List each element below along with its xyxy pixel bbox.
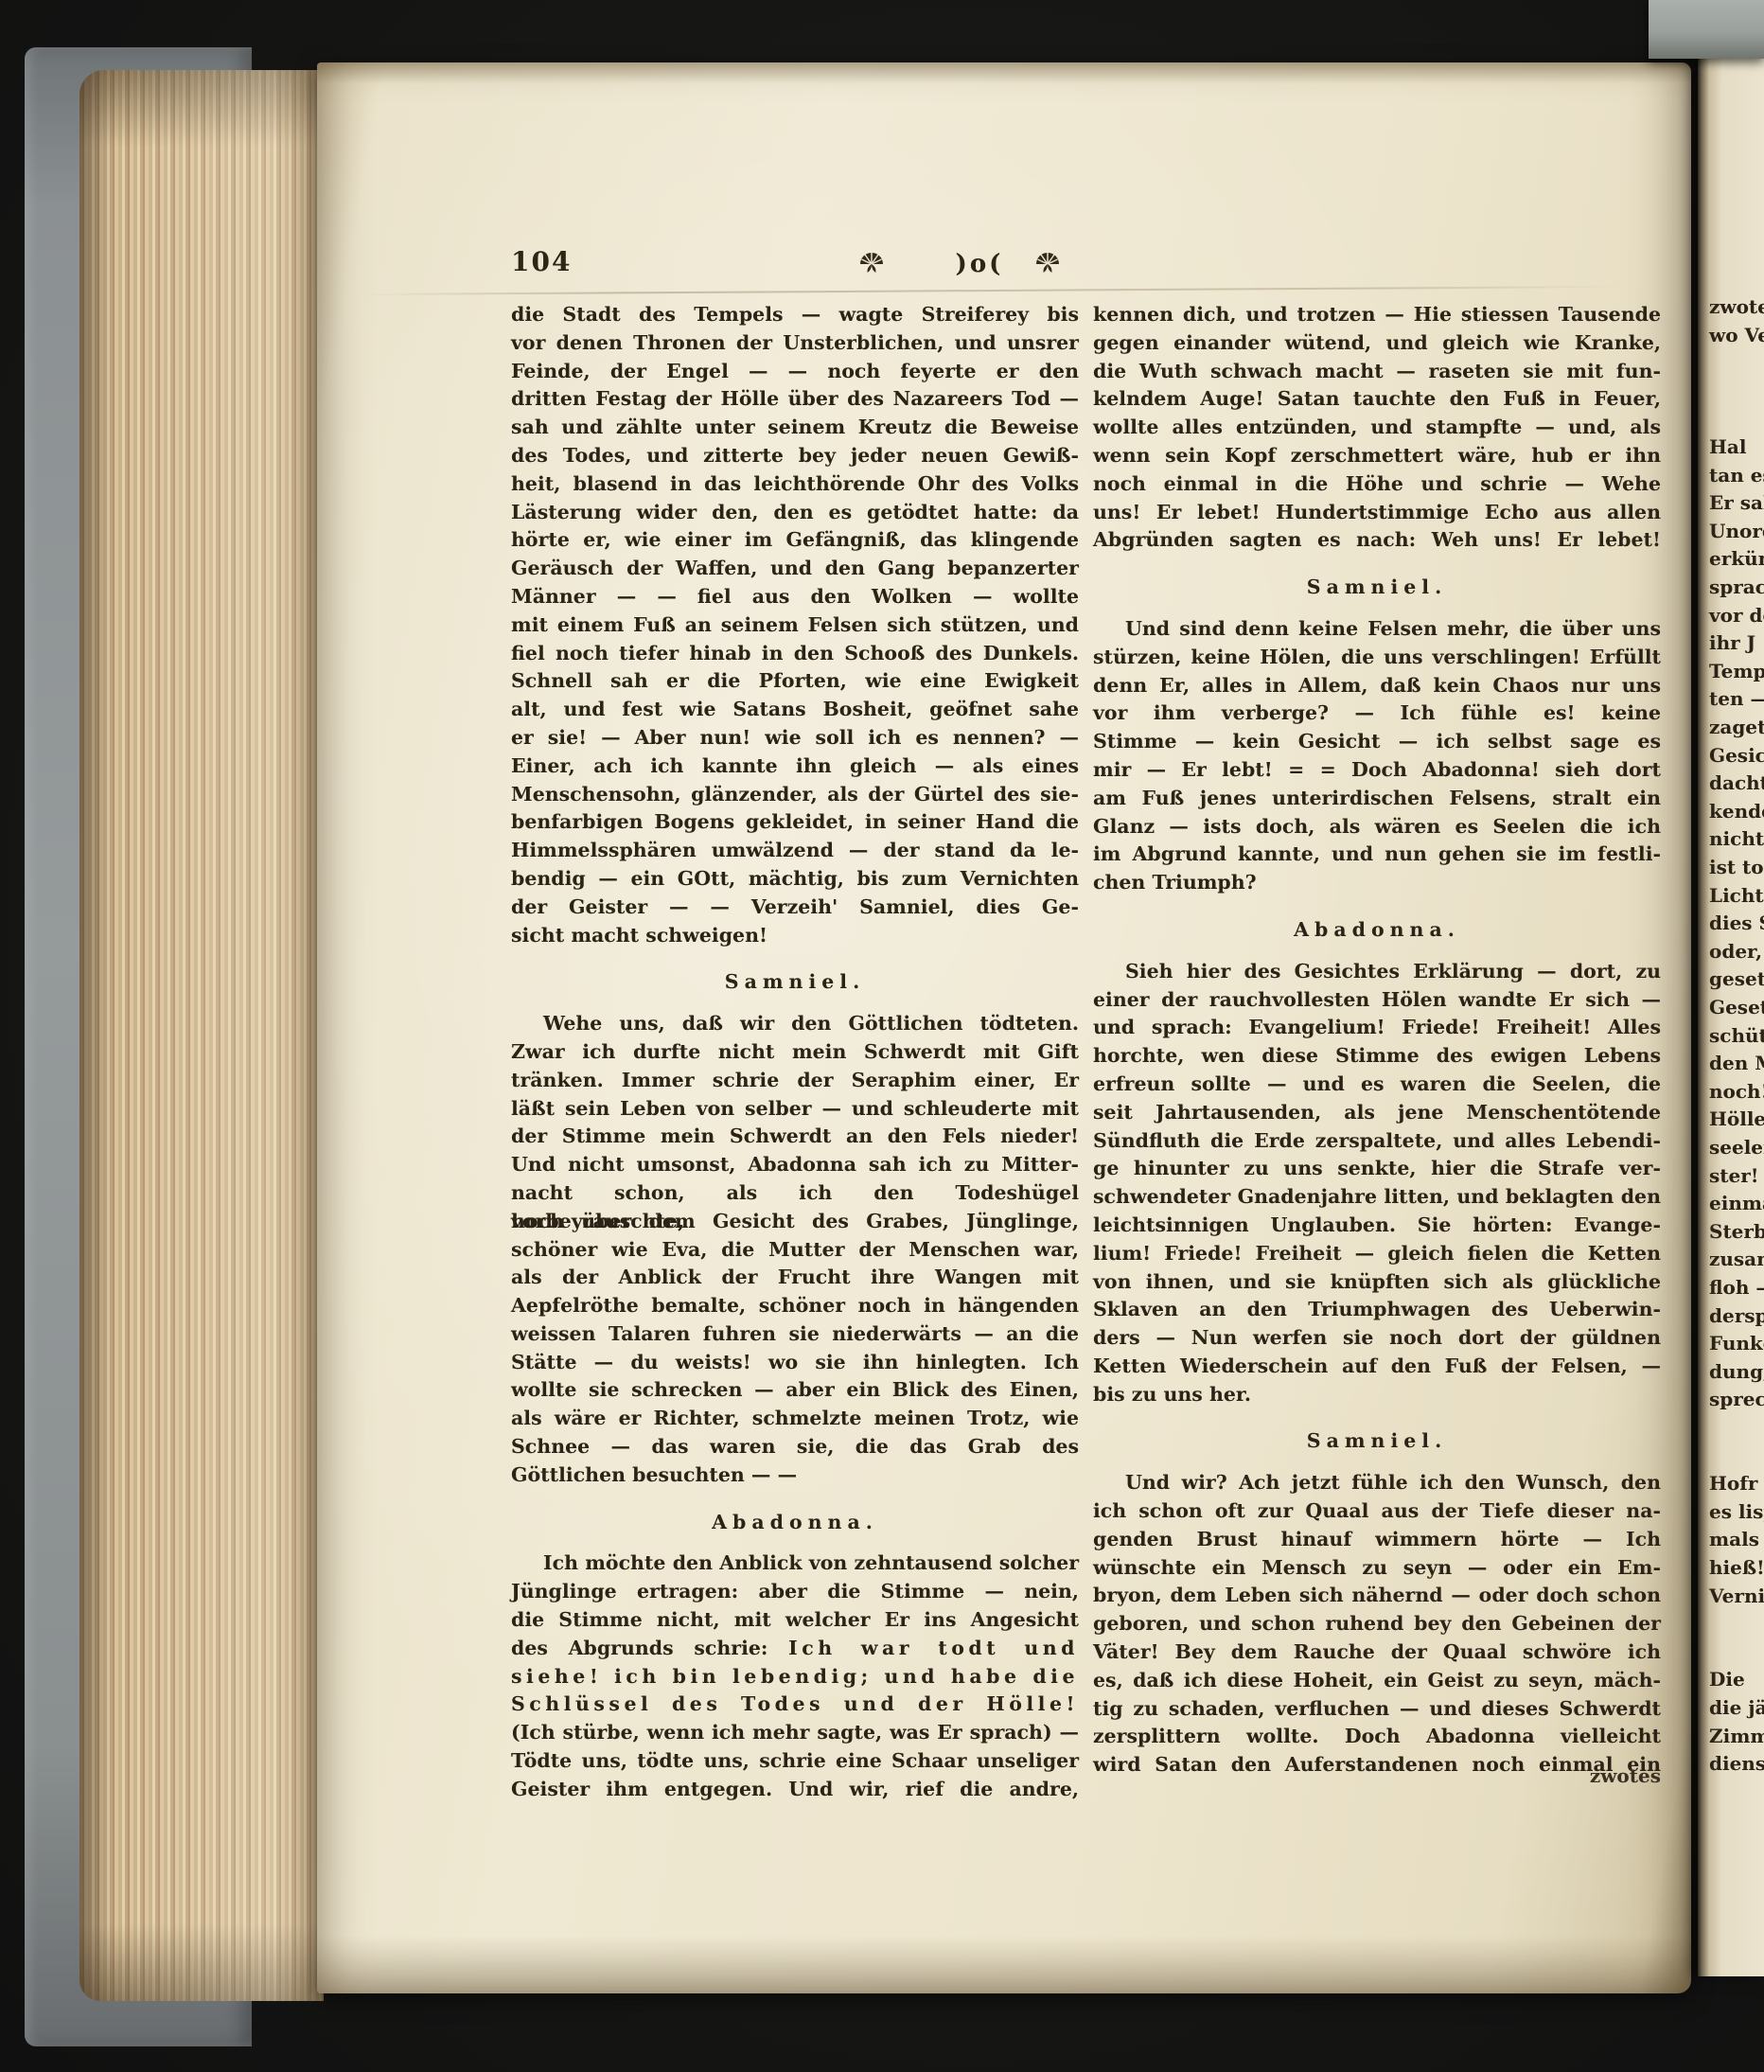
text-line: Väter! Bey dem Rauche der Quaal schwöre … — [1093, 1638, 1661, 1667]
text-line: alt, und fest wie Satans Bosheit, geöfne… — [511, 696, 1079, 724]
text-line: als der Anblick der Frucht ihre Wangen m… — [511, 1264, 1079, 1292]
text-line: Schlüssel des Todes und der Hölle! — [511, 1691, 1079, 1719]
text-line: Himmelssphären umwälzend — der stand da … — [511, 837, 1079, 865]
next-page-line: seelen — [1709, 1134, 1764, 1162]
next-page-sliver: zwoteswo VeHaltan esEr sahUnordnerkünsts… — [1698, 55, 1764, 1976]
next-page-line: ist tod — [1709, 854, 1764, 882]
next-page-line: erkünst — [1709, 545, 1764, 574]
next-page-line: Zimme — [1709, 1723, 1764, 1751]
text-line: hörte er, wie einer im Gefängniß, das kl… — [511, 526, 1079, 555]
text-line: Feinde, der Engel — — noch feyerte er de… — [511, 358, 1079, 386]
text-line: wenn sein Kopf zerschmettert wäre, hub e… — [1093, 442, 1661, 470]
shell-ornament-icon — [1032, 248, 1063, 278]
page-edges-stack — [79, 70, 324, 2001]
text-line: zersplittern wollte. Doch Abadonna viell… — [1093, 1723, 1661, 1751]
next-page-line: Tempe — [1709, 658, 1764, 686]
text-line: Sieh hier des Gesichtes Erklärung — dort… — [1093, 958, 1661, 986]
text-line: Sklaven an den Triumphwagen des Ueberwin… — [1093, 1296, 1661, 1324]
text-line: noch einmal in die Höhe und schrie — Weh… — [1093, 470, 1661, 499]
next-page-line: die jäh — [1709, 1694, 1764, 1723]
next-page-line: zaget? — [1709, 714, 1764, 742]
text-line: gegen einander wütend, und gleich wie Kr… — [1093, 329, 1661, 358]
next-page-line: es lisp — [1709, 1498, 1764, 1527]
text-line: vor denen Thronen der Unsterblichen, und… — [511, 329, 1079, 358]
next-page-line: Vernic — [1709, 1583, 1764, 1611]
next-page-line: einmal — [1709, 1190, 1764, 1218]
text-line: die Stadt des Tempels — wagte Streiferey… — [511, 301, 1079, 329]
speaker-heading: Abadonna. — [1093, 916, 1661, 945]
next-page-line: floh — — [1709, 1274, 1764, 1302]
next-page-line: gesetzt, — [1709, 965, 1764, 994]
text-line: Aepfelröthe bemalte, schöner noch in hän… — [511, 1292, 1079, 1320]
text-line: Tödte uns, tödte uns, schrie eine Schaar… — [511, 1747, 1079, 1776]
text-line: am Fuß jenes unterirdischen Felsens, str… — [1093, 785, 1661, 813]
next-page-line: Hal — [1709, 434, 1746, 462]
next-page-line: Sterbe — [1709, 1218, 1764, 1247]
next-page-line: Die — [1709, 1666, 1745, 1694]
next-page-line: dung, — [1709, 1358, 1764, 1387]
text-line: Jünglinge ertragen: aber die Stimme — ne… — [511, 1578, 1079, 1606]
next-page-line: ster! — [1709, 1162, 1759, 1191]
text-line: kelndem Auge! Satan tauchte den Fuß in F… — [1093, 385, 1661, 414]
next-page-line: sprach: — [1709, 574, 1764, 602]
text-line: wollte alles entzünden, und stampfte — u… — [1093, 414, 1661, 442]
speaker-heading: Samniel. — [511, 968, 1079, 997]
text-line: Göttlichen besuchten — — — [511, 1461, 1079, 1490]
text-line: Lästerung wider den, den es getödtet hat… — [511, 499, 1079, 527]
text-line: des Todes, und zitterte bey jeder neuen … — [511, 442, 1079, 470]
text-line: wünschte ein Mensch zu seyn — oder ein E… — [1093, 1554, 1661, 1583]
text-line: ge hinunter zu uns senkte, hier die Stra… — [1093, 1155, 1661, 1183]
text-line: Geister ihm entgegen. Und wir, rief die … — [511, 1776, 1079, 1804]
next-page-line: schütter — [1709, 1022, 1764, 1051]
text-line: Stimme — kein Gesicht — ich selbst sage … — [1093, 728, 1661, 756]
text-line: Einer, ach ich kannte ihn gleich — als e… — [511, 753, 1079, 781]
text-line: tig zu schaden, verfluchen — und dieses … — [1093, 1695, 1661, 1724]
text-line: benfarbigen Bogens gekleidet, in seiner … — [511, 808, 1079, 837]
text-line: Männer — — fiel aus den Wolken — wollte — [511, 583, 1079, 611]
text-line: (Ich stürbe, wenn ich mehr sagte, was Er… — [511, 1719, 1079, 1747]
next-page-line: Gesicht — [1709, 742, 1764, 770]
text-line: siehe! ich bin lebendig; und habe die — [511, 1663, 1079, 1691]
text-line: Zwar ich durfte nicht mein Schwerdt mit … — [511, 1038, 1079, 1067]
next-page-line: spreche — [1709, 1386, 1764, 1414]
next-page-line: Gesetzt — [1709, 994, 1764, 1022]
page-number: 104 — [511, 246, 572, 277]
text-line: mit einem Fuß an seinem Felsen sich stüt… — [511, 611, 1079, 640]
next-page-line: ihr J — [1709, 629, 1755, 658]
text-line: läßt sein Leben von selber — und schleud… — [511, 1095, 1079, 1124]
next-page-line: den M — [1709, 1050, 1764, 1078]
text-line: einer der rauchvollesten Hölen wandte Er… — [1093, 986, 1661, 1015]
speaker-heading: Abadonna. — [511, 1509, 1079, 1537]
paper-crease — [359, 286, 1623, 295]
next-page-line: ten — — [1709, 685, 1764, 714]
text-line: seit Jahrtausenden, als jene Menschentöt… — [1093, 1099, 1661, 1127]
text-line: mir — Er lebt! = = Doch Abadonna! sieh d… — [1093, 756, 1661, 785]
text-line: Und nicht umsonst, Abadonna sah ich zu M… — [511, 1151, 1079, 1179]
next-page-line: nicht n — [1709, 825, 1764, 854]
text-line: Stätte — du weists! wo sie ihn hinlegten… — [511, 1349, 1079, 1377]
text-line: bendig — ein GOtt, mächtig, bis zum Vern… — [511, 865, 1079, 894]
text-line: Menschensohn, glänzender, als der Gürtel… — [511, 781, 1079, 809]
text-line: geboren, und schon ruhend bey den Gebein… — [1093, 1610, 1661, 1638]
next-page-line: mals — — [1709, 1526, 1764, 1554]
text-line: der Geister — — Verzeih' Samniel, dies G… — [511, 894, 1079, 922]
text-line: Schnee — das waren sie, die das Grab des — [511, 1433, 1079, 1461]
next-page-line: Hofr — [1709, 1470, 1757, 1498]
text-line: die Wuth schwach macht — raseten sie mit… — [1093, 358, 1661, 386]
next-page-line: derspru — [1709, 1302, 1764, 1331]
text-line: die Stimme nicht, mit welcher Er ins Ang… — [511, 1606, 1079, 1635]
text-line: Und wir? Ach jetzt fühle ich den Wunsch,… — [1093, 1469, 1661, 1497]
text-line: heit, blasend in das leichthörende Ohr d… — [511, 470, 1079, 499]
text-line: im Abgrund kannte, und nun gehen sie im … — [1093, 841, 1661, 869]
text-line: chen Triumph? — [1093, 869, 1661, 897]
speaker-heading: Samniel. — [1093, 1427, 1661, 1456]
text-column-left: die Stadt des Tempels — wagte Streiferey… — [511, 301, 1079, 1804]
text-line: schöner wie Eva, die Mutter der Menschen… — [511, 1236, 1079, 1265]
text-line: ich schon oft zur Quaal aus der Tiefe di… — [1093, 1497, 1661, 1526]
next-page-line: tan es — [1709, 462, 1764, 490]
text-line: leichtsinnigen Unglauben. Sie hörten: Ev… — [1093, 1212, 1661, 1240]
text-line: kennen dich, und trotzen — Hie stiessen … — [1093, 301, 1661, 329]
text-line: sicht macht schweigen! — [511, 922, 1079, 950]
next-page-line: Unordn — [1709, 518, 1764, 546]
text-line: bis zu uns her. — [1093, 1381, 1661, 1409]
next-page-line: oder, — [1709, 938, 1762, 966]
text-line: es, daß ich diese Hoheit, ein Geist zu s… — [1093, 1667, 1661, 1695]
text-line: vor ihm verberge? — Ich fühle es! keine — [1093, 700, 1661, 728]
next-page-line: vor de — [1709, 602, 1764, 630]
signature-mark: )o( — [937, 250, 1022, 278]
next-page-line: zwotes — [1709, 293, 1764, 322]
text-line: Wehe uns, daß wir den Göttlichen tödtete… — [511, 1010, 1079, 1038]
text-line: fiel noch tiefer hinab in den Schooß des… — [511, 640, 1079, 668]
text-line: Ich möchte den Anblick von zehntausend s… — [511, 1550, 1079, 1578]
text-line: schwendeter Gnadenjahre litten, und bekl… — [1093, 1183, 1661, 1212]
text-line: Glanz — ists doch, als wären es Seelen d… — [1093, 813, 1661, 841]
text-line: Schnell sah er die Pforten, wie eine Ewi… — [511, 667, 1079, 696]
text-line: und sprach: Evangelium! Friede! Freiheit… — [1093, 1014, 1661, 1042]
next-page-line: wo Ve — [1709, 322, 1764, 350]
next-page-line: kende, — [1709, 798, 1764, 826]
next-page-line: Er sah — [1709, 489, 1764, 518]
text-line: Abgründen sagten es nach: Weh uns! Er le… — [1093, 526, 1661, 555]
text-line: wollte sie schrecken — aber ein Blick de… — [511, 1376, 1079, 1405]
next-page-line: Lichts, — [1709, 882, 1764, 911]
text-line: erfreun sollte — und es waren die Seelen… — [1093, 1071, 1661, 1099]
text-line: nacht schon, als ich den Todeshügel vorb… — [511, 1179, 1079, 1208]
text-line: er sie! — Aber nun! wie soll ich es nenn… — [511, 724, 1079, 753]
text-line: als wäre er Richter, schmelzte meinen Tr… — [511, 1405, 1079, 1433]
text-line: Ketten Wiederschein auf den Fuß der Fels… — [1093, 1353, 1661, 1381]
text-line: stürzen, keine Hölen, die uns verschling… — [1093, 644, 1661, 672]
next-page-line: hieß! — [1709, 1554, 1764, 1583]
text-line: horchte, wen diese Stimme des ewigen Leb… — [1093, 1042, 1661, 1071]
next-page-line: Funken — [1709, 1330, 1764, 1358]
text-column-right: kennen dich, und trotzen — Hie stiessen … — [1093, 301, 1661, 1780]
text-line: bryon, dem Leben sich nähernd — oder doc… — [1093, 1582, 1661, 1610]
text-line: dritten Festag der Hölle über des Nazare… — [511, 385, 1079, 414]
text-line: weissen Talaren fuhren sie niederwärts —… — [511, 1320, 1079, 1349]
next-page-line: noch! — [1709, 1078, 1764, 1107]
open-book-scan: 104 )o( — [0, 0, 1764, 2072]
text-line: hoch über dem Gesicht des Grabes, Jüngli… — [511, 1208, 1079, 1236]
adjacent-cover-corner — [1649, 0, 1764, 59]
speaker-heading: Samniel. — [1093, 574, 1661, 602]
text-line: genden Brust hinauf wimmern hörte — Ich — [1093, 1526, 1661, 1554]
text-line: des Abgrunds schrie: Ich war todt und — [511, 1635, 1079, 1663]
text-line: lium! Friede! Freiheit — gleich fielen d… — [1093, 1240, 1661, 1268]
shell-ornament-icon — [856, 248, 887, 278]
text-line: Sündfluth die Erde zerspaltete, und alle… — [1093, 1127, 1661, 1156]
next-page-line: Hölle. — [1709, 1106, 1764, 1134]
next-page-line: dies S — [1709, 910, 1764, 938]
book-page: 104 )o( — [317, 62, 1691, 1993]
catchword: zwotes — [1093, 1764, 1661, 1787]
text-line: Geräusch der Waffen, und den Gang bepanz… — [511, 555, 1079, 583]
text-line: der Stimme mein Schwerdt an den Fels nie… — [511, 1123, 1079, 1151]
text-line: tränken. Immer schrie der Seraphim einer… — [511, 1067, 1079, 1095]
text-line: von ihnen, und sie knüpften sich als glü… — [1093, 1268, 1661, 1297]
text-line: sah und zählte unter seinem Kreutz die B… — [511, 414, 1079, 442]
text-line: ders — Nun werfen sie noch dort der güld… — [1093, 1324, 1661, 1353]
text-line: Und sind denn keine Felsen mehr, die übe… — [1093, 615, 1661, 644]
next-page-line: dachte — [1709, 770, 1764, 798]
text-line: denn Er, alles in Allem, daß kein Chaos … — [1093, 672, 1661, 700]
next-page-line: zusamm — [1709, 1246, 1764, 1274]
next-page-line: dienst — [1709, 1750, 1764, 1779]
text-line: uns! Er lebet! Hundertstimmige Echo aus … — [1093, 499, 1661, 527]
